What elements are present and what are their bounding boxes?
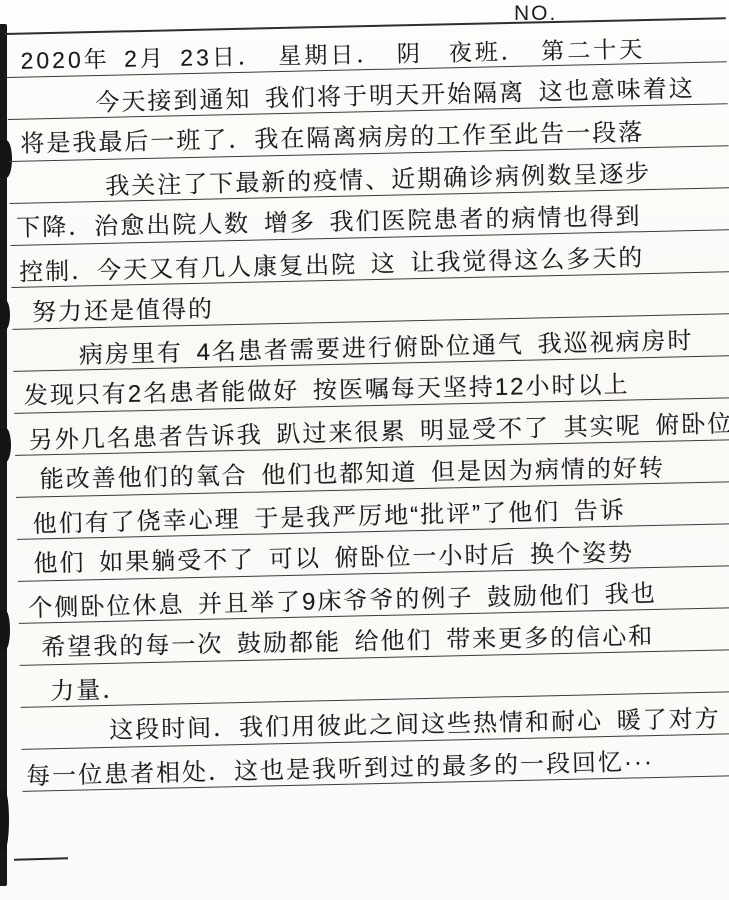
scan-artifact [0, 300, 10, 330]
scan-artifact [0, 610, 10, 650]
handwritten-text: 努力还是值得的 [12, 297, 214, 328]
handwritten-text: 力量． [20, 677, 129, 707]
diary-lines: 2020年 2月 23日． 星期日． 阴 夜班． 第二十天今天接到通知 我们将于… [6, 20, 729, 792]
diary-page: NO. 2020年 2月 23日． 星期日． 阴 夜班． 第二十天今天接到通知 … [0, 0, 729, 900]
scan-artifact [0, 790, 9, 850]
scan-artifact [0, 428, 11, 462]
handwritten-text: 每一位患者相处．这也是我听到过的最多的一段回忆··· [22, 749, 654, 791]
page-bottom-mark [14, 857, 68, 860]
